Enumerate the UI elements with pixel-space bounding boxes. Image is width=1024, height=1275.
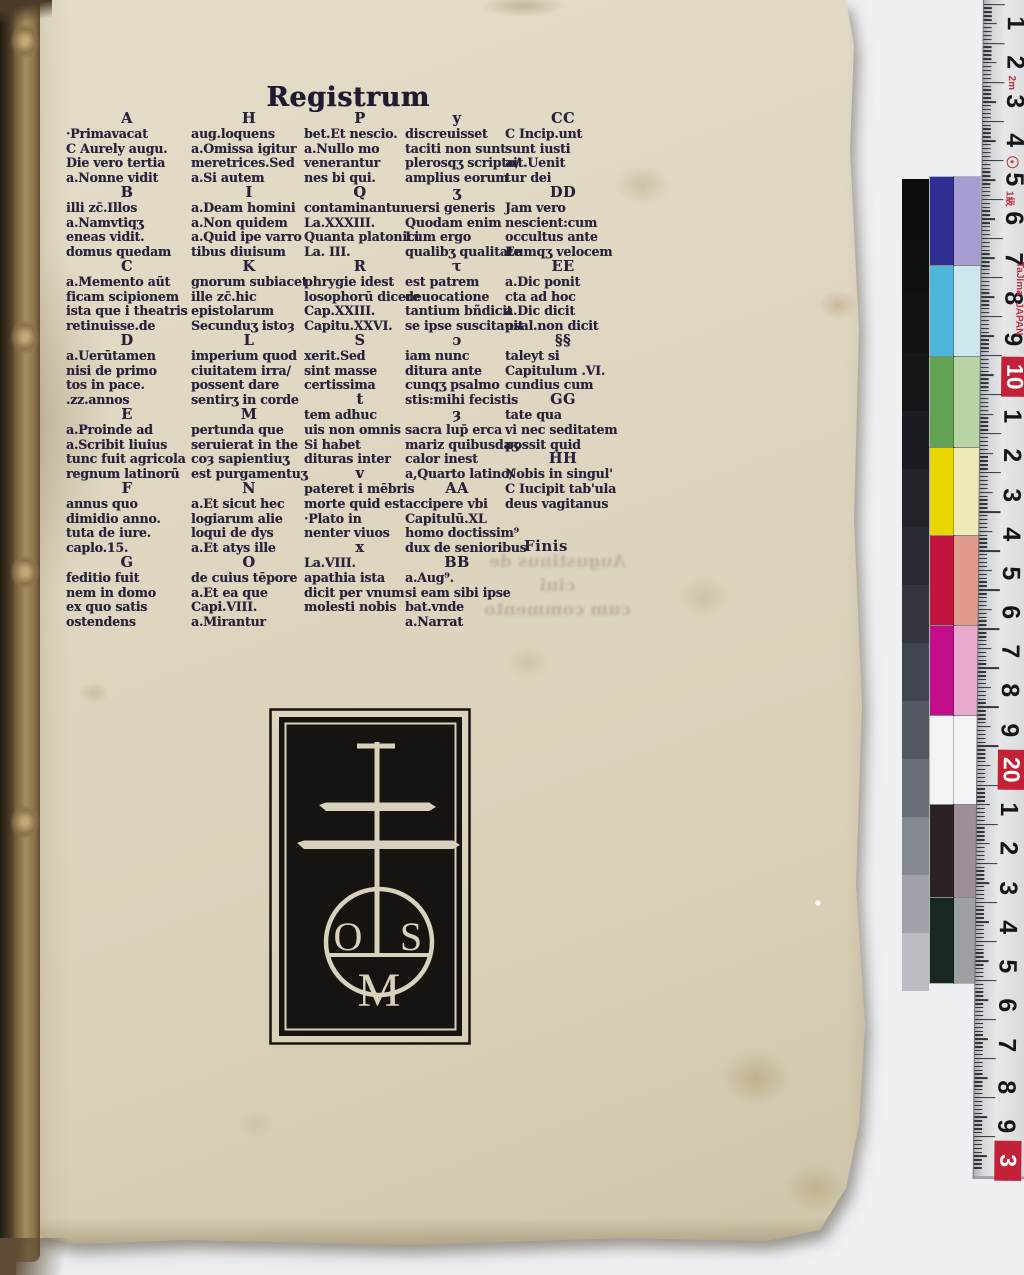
ruler-tick [975,1042,983,1043]
ruler-tick [974,1112,982,1113]
ruler-cm-number: 6 [992,990,1022,1020]
section-letter: M [191,408,307,423]
index-line: taciti non sunt [405,142,509,157]
section-letter: R [304,260,416,275]
ruler-tick [979,624,987,625]
index-line: a.Memento aūt [66,275,188,290]
ruler-tick [981,285,989,286]
ruler-tick [982,277,1003,279]
ruler-tick [980,417,988,418]
ruler-tick [975,1023,983,1024]
ruler-tick [983,125,991,126]
ruler-tick [977,808,985,809]
gray-step [902,643,929,701]
index-line: a.Uerūtamen [66,349,188,364]
ruler-tick [975,1015,983,1016]
ruler-tick [976,890,984,891]
ruler-tick [982,214,990,215]
bleedthrough-line: cum commento [470,598,645,622]
ruler-tick [981,371,989,372]
color-patch [930,536,954,625]
section-letter: t [304,393,416,408]
measuring-tape-ruler: 123456789101234567892012345678932m1級TaJI… [973,0,1024,1180]
ruler-tick [979,574,987,575]
ruler-cm-number: 4 [993,912,1023,942]
ruler-tick [981,394,1002,396]
index-line: ostendens [66,615,188,630]
section-letter: C [66,260,188,275]
ruler-tick [975,995,983,996]
ruler-tick [978,722,986,723]
ruler-tick [976,909,984,910]
index-line: homo doctissim⁹ [405,526,509,541]
index-line: aug.loquens [191,127,307,142]
ruler-tick [977,761,985,762]
color-patch [930,626,954,715]
ruler-tick [982,257,995,259]
section-letter: x [304,541,416,556]
ruler-tick [982,261,990,262]
ruler-tick [977,749,985,750]
section-letter: I [191,186,307,201]
ruler-tick [979,570,992,572]
ruler-tick [976,964,984,965]
index-line: logiarum alie [191,512,307,527]
ruler-tick [982,226,990,227]
ruler-tick [974,1144,982,1145]
ruler-tick [980,480,988,481]
index-line: a.Et sicut hec [191,497,307,512]
ruler-tick [976,929,984,930]
ruler-tick [979,617,987,618]
register-column-3: Pbet.Et nescio.a.Nullo moveneranturnes b… [304,112,416,615]
ruler-tick [979,550,1000,552]
ruler-tick [975,1077,988,1079]
index-line: C Iucipit tab'ula [505,482,621,497]
index-line: sint masse [304,364,416,379]
ruler-tick [978,640,986,641]
ruler-tick [978,738,986,739]
ruler-tick [982,265,990,266]
index-line: ditura ante [405,364,509,379]
ruler-tick [981,312,989,313]
register-column-5: CCC Incip.untsunt iustiait.Uenittur deiD… [505,112,621,512]
ruler-tick [979,546,987,547]
ruler-tick [980,445,988,446]
ruler-tick [976,956,984,957]
grayscale-strip [902,179,929,991]
section-letter: CC [505,112,621,127]
ruler-tick [981,332,989,333]
ruler-tick [982,269,990,270]
section-letter: ɔ [405,334,509,349]
gray-step [902,933,929,991]
ruler-tick [980,433,1001,435]
ruler-tick [974,1159,982,1160]
patch-row [930,536,980,625]
index-line: bet.Et nescio. [304,127,416,142]
index-line: uis non omnis [304,423,416,438]
ruler-tick [979,562,987,563]
ruler-tick [983,82,1004,84]
ruler-tick [979,523,987,524]
ruler-tick [978,726,991,728]
color-patch [930,898,954,983]
sewing-cord [14,0,40,1262]
color-patch [954,357,980,447]
section-letter: P [304,112,416,127]
ruler-tick [980,488,988,489]
ruler-tick [974,1101,982,1102]
ruler-tick [976,937,984,938]
index-line: pateret i mēbris [304,482,416,497]
index-line: C Incip.unt [505,127,621,142]
ruler-tick [978,667,999,669]
ruler-tick [979,535,987,536]
ruler-tick [975,1073,983,1074]
ruler-tick [982,222,990,223]
ruler-tick [982,249,990,250]
ruler-tick [974,1116,987,1118]
section-letter: G [66,556,188,571]
index-line: a.Dic dicit [505,304,621,319]
cross-bar-lower [297,841,460,850]
section-letter: H [191,112,307,127]
ruler-tick [974,1105,982,1106]
color-patch [954,536,980,625]
ruler-tick [984,50,992,51]
index-line: contaminantur [304,201,416,216]
ruler-tick [976,960,989,962]
gray-step [902,295,929,353]
ruler-tick [983,113,991,114]
ruler-tick [984,46,992,47]
ruler-tick [980,464,988,465]
index-line: tantium bñdicit [405,304,509,319]
index-line: a.Omissa igitur [191,142,307,157]
ruler-tick [981,374,994,376]
ruler-tick [981,347,989,348]
ruler-tick [978,656,986,657]
index-line: ·Primavacat [66,127,188,142]
ruler-tick [979,527,987,528]
ruler-tick [976,874,984,875]
index-line: loqui de dys [191,526,307,541]
index-line: meretrices.Sed [191,156,307,171]
index-line: iam nunc [405,349,509,364]
ruler-tick [981,339,989,340]
ruler-tick [977,781,985,782]
ruler-tick [981,355,1002,357]
ruler-tick [984,7,992,8]
ruler-tick [981,308,989,309]
ruler-tick [977,788,985,789]
index-line: dimidio anno. [66,512,188,527]
ruler-tick [980,456,988,457]
index-line: nem in domo [66,586,188,601]
color-calibration-chart [902,177,980,992]
ruler-tick [979,613,987,614]
book-page: Registrum A·PrimavacatC Aurely augu.Die … [8,0,880,1252]
index-line: morte quid est [304,497,416,512]
ruler-tick [977,812,985,813]
ruler-tick [977,843,990,845]
ruler-tick [979,597,987,598]
ruler-tick [980,511,1001,513]
ruler-cm-number: 4 [996,519,1024,549]
binding-corner [0,0,52,22]
ruler-tick [975,1003,983,1004]
ruler-tick [977,753,985,754]
gray-step [902,353,929,411]
ruler-tick [981,316,1002,318]
ruler-tick [976,878,984,879]
ruler-tick [977,784,998,786]
ruler-tick [983,132,991,133]
index-line: ait.Uenit [505,156,621,171]
ruler-tick [976,952,984,953]
ruler-tick [977,769,985,770]
ruler-tick [983,70,991,71]
ruler-tick [982,230,990,231]
ruler-brand-logo [1007,156,1019,168]
index-line: a.Quid ipe varro [191,230,307,245]
ruler-tick [983,58,991,59]
ruler-tick [975,1062,983,1063]
index-line: ista que i theatris [66,304,188,319]
section-letter: B [66,186,188,201]
ruler-tick [979,593,987,594]
index-line: a.Proinde ad [66,423,188,438]
ruler-tick [977,831,985,832]
section-letter: A [66,112,188,127]
section-letter: EE [505,260,621,275]
bleedthrough-line: Augustinus de ciui [470,550,645,598]
ruler-tick [978,699,986,700]
index-line: de cuius tēpore [191,571,307,586]
ruler-cm-number: 3 [1000,86,1024,116]
ruler-tick [977,742,985,743]
ruler-tick [980,496,988,497]
ruler-tick [979,605,987,606]
index-line: a.Namvtiqʒ [66,216,188,231]
sewing-knot [10,555,40,589]
section-letter: AA [405,482,509,497]
ruler-tick [977,855,985,856]
index-line: sacra lup̄ erca [405,423,509,438]
ruler-tick [980,492,993,494]
index-line: molesti nobis [304,600,416,615]
index-line: plerosqʒ scripto/ [405,156,509,171]
ruler-tick [976,917,984,918]
ruler-tick [977,757,985,758]
ruler-tick [978,679,986,680]
color-patch [930,177,954,265]
gray-step [902,237,929,295]
index-line: Capitulum .VI. [505,364,621,379]
ruler-tick [982,203,990,204]
index-line: Nobis in singul' [505,467,621,482]
patch-row [930,805,980,897]
section-letter: v [304,467,416,482]
ruler-tick [978,702,986,703]
ruler-decimeter-number: 10 [1001,357,1024,397]
ruler-tick [974,1163,982,1164]
ruler-annotation: 1級 [1003,191,1018,207]
ruler-tick [982,199,1003,201]
ruler-tick [983,128,991,129]
ruler-tick [983,168,991,169]
ruler-tick [979,581,987,582]
index-line: La.XXXIII. [304,216,416,231]
ruler-tick [977,827,985,828]
ruler-tick [984,11,992,12]
gray-step [902,527,929,585]
cross-top-serif [357,744,395,749]
index-line: seruierat in the [191,438,307,453]
ruler-tick [979,566,987,567]
ruler-tick [975,1011,983,1012]
ruler-tick [974,1120,982,1121]
ruler-tick [983,109,991,110]
color-patch [954,177,980,265]
device-letter-s: S [400,914,422,959]
ruler-cm-number: 9 [994,715,1024,745]
ruler-cm-number: 5 [999,164,1024,194]
patch-row [930,716,980,804]
ruler-tick [981,367,989,368]
ruler-tick [977,765,990,767]
ruler-tick [983,164,991,165]
ruler-tick [981,382,989,383]
ruler-annotation: 2m [1006,75,1017,90]
ruler-tick [981,363,989,364]
index-line: occultus ante [505,230,621,245]
ruler-cm-number: 1 [994,794,1024,824]
ruler-tick [975,1030,983,1031]
ruler-tick [976,870,984,871]
ruler-tick [978,706,999,708]
ruler-cm-number: 6 [996,597,1024,627]
ruler-tick [974,1148,982,1149]
ruler-tick [983,144,991,145]
ruler-tick [979,558,987,559]
ruler-cm-number: 1 [1001,8,1024,38]
ruler-tick [982,234,990,235]
ruler-tick [977,839,985,840]
ruler-tick [976,925,984,926]
ruler-tick [982,218,995,220]
ruler-tick [976,945,984,946]
index-line: a.Et ea que [191,586,307,601]
index-line: Si habet [304,438,416,453]
ruler-tick [977,820,985,821]
section-letter: D [66,334,188,349]
index-line: tem adhuc [304,408,416,423]
ruler-tick [974,1124,982,1125]
index-line: a.Scribit liuius [66,438,188,453]
ruler-tick [979,601,987,602]
ruler-tick [982,246,990,247]
ruler-tick [975,991,983,992]
ruler-tick [981,359,989,360]
ruler-cm-number: 4 [1000,125,1024,155]
ruler-tick [981,292,989,293]
ruler-tick [976,906,984,907]
ruler-tick [978,691,986,692]
ruler-tick [975,1034,983,1035]
ruler-tick [983,148,991,149]
ruler-tick [977,773,985,774]
index-line: Jam vero [505,201,621,216]
index-line: tos in pace. [66,378,188,393]
ruler-tick [975,1007,983,1008]
section-letter: O [191,556,307,571]
index-line: imperium quod [191,349,307,364]
ruler-tick [976,894,984,895]
ruler-tick [976,886,984,887]
section-letter: K [191,260,307,275]
ruler-tick [980,449,988,450]
ruler-tick [974,1109,982,1110]
ruler-tick [977,804,990,806]
ruler-tick [977,847,985,848]
ruler-tick [983,97,991,98]
gray-step [902,469,929,527]
ruler-tick [976,898,984,899]
sewing-knot [10,24,40,58]
ruler-tick [981,320,989,321]
ruler-tick [975,1085,983,1086]
ruler-tick [979,519,987,520]
ruler-tick [977,745,998,747]
index-line: a.Non quidem [191,216,307,231]
index-line: xerit.Sed [304,349,416,364]
ruler-tick [980,414,993,416]
ruler-tick [981,289,989,290]
ruler-tick [978,648,991,650]
index-line: ille zc̄.hic [191,290,307,305]
page-wrap: Registrum A·PrimavacatC Aurely augu.Die … [0,0,900,1275]
ruler-tick [978,671,986,672]
ruler-tick [979,589,1000,591]
ruler-tick [983,117,991,118]
color-patch [954,448,980,535]
ruler-tick [984,4,1005,6]
ruler-tick [981,390,989,391]
page-title: Registrum [188,83,508,113]
ruler-tick [977,792,985,793]
index-line: venerantur [304,156,416,171]
index-line: tate qua [505,408,621,423]
ruler-tick [975,1066,983,1067]
ruler-tick [984,23,997,25]
index-line: dicit per vnum [304,586,416,601]
index-line: nescient:cum [505,216,621,231]
ruler-tick [981,351,989,352]
ruler-cm-number: 7 [992,1030,1022,1060]
ruler-tick [981,386,989,387]
index-line: Quanta platonici [304,230,416,245]
ruler-tick [981,378,989,379]
register-column-2: Haug.loquensa.Omissa igiturmeretrices.Se… [191,112,307,630]
index-line: a.Nullo mo [304,142,416,157]
color-patch [930,805,954,897]
ruler-tick [984,27,992,28]
color-patch [930,716,954,804]
ruler-tick [983,74,991,75]
ruler-tick [981,328,989,329]
